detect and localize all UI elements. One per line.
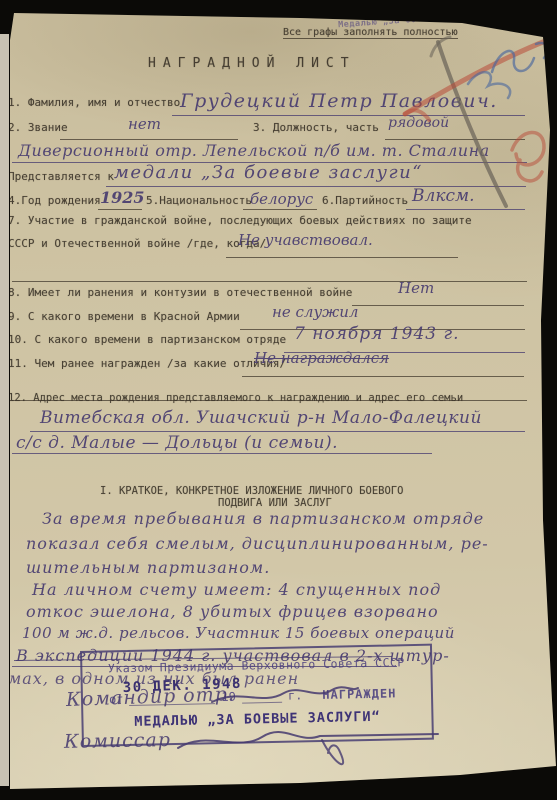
field-7-label-line2: СССР и Отечественной войне /где, когда/ (8, 237, 266, 250)
field-5-label: 5.Национальность (146, 194, 252, 207)
blue-pencil-number (492, 43, 548, 72)
commissar-signature-flourish (322, 740, 343, 764)
merit-heading-line1: I. КРАТКОЕ, КОНКРЕТНОЕ ИЗЛОЖЕНИЕ ЛИЧНОГО… (100, 485, 403, 497)
fill-instruction: Все графы заполнять полностью (283, 27, 458, 39)
field-8-value: Нет (398, 279, 434, 297)
field-7-value: Не учавствовал. (238, 231, 373, 249)
merit-line-5: откос эшелона, 8 убитых фрицев взорвано (26, 602, 439, 621)
field-2-label: 2. Звание (8, 121, 68, 134)
field-9-value: не служил (272, 303, 358, 321)
merit-line-6: 100 м ж.д. рельсов. Участник 15 боевых о… (22, 624, 455, 642)
decree-medal-line: МЕДАЛЬЮ „ЗА БОЕВЫЕ ЗАСЛУГИ“ (83, 708, 431, 731)
decree-stamp-line1: Указом Президиума Верховного Совета СССР (82, 655, 430, 676)
graphite-check-hook (431, 37, 450, 56)
award-sheet-scan: Все графы заполнять полностью Медалью „З… (0, 0, 557, 800)
field-9-label: 9. С какого времени в Красной Армии (8, 310, 240, 323)
field-6-label: 6.Партийность (322, 194, 408, 207)
field-3-label: 3. Должность, часть (253, 121, 379, 134)
field-11-value: Не награждался (254, 349, 389, 367)
field-1-label: 1. Фамилия, имя и отчество (8, 96, 180, 109)
field-12-value-line1: Витебская обл. Ушачский р-н Мало-Фалецки… (40, 408, 482, 428)
field-1-value: Грудецкий Петр Павлович. (180, 90, 498, 112)
merit-line-4: На личном счету имеет: 4 спущенных под (32, 580, 441, 599)
field-12-value-line2: с/с д. Малые — Дольцы (и семьи). (16, 433, 338, 453)
field-11-label: 11. Чем ранее награжден /за какие отличи… (8, 357, 286, 370)
page-title: НАГРАДНОЙ ЛИСТ (148, 56, 356, 71)
merit-line-3: шительным партизаном. (26, 558, 270, 577)
signature-commissar-label: Комиссар (64, 729, 171, 753)
field-6-value: Влксм. (412, 186, 475, 206)
field-5-value: белорус (250, 190, 313, 208)
field-3-unit-line: Диверсионный отр. Лепельской п/б им. т. … (18, 141, 490, 160)
adjacent-page-edge (0, 34, 9, 786)
field-10-value: 7 ноября 1943 г. (294, 324, 460, 344)
decree-awarded-label: НАГРАЖДЕН (322, 686, 396, 702)
field-8-label: 8. Имеет ли ранения и контузии в отечест… (8, 286, 352, 299)
merit-line-1: За время пребывания в партизанском отряд… (42, 509, 484, 528)
field-3-value: рядовой (388, 115, 449, 131)
paper-sheet: Все графы заполнять полностью Медалью „З… (0, 0, 557, 800)
merit-heading-line2: ПОДВИГА ИЛИ ЗАСЛУГ (218, 497, 332, 509)
field-4-value: 1925 (100, 188, 145, 207)
decree-year-suffix: г. (288, 688, 303, 702)
presentation-label: Представляется к (8, 170, 114, 183)
merit-line-2: показал себя смелым, дисциплинированным,… (26, 534, 489, 553)
presentation-value: медали „За боевые заслуги“ (114, 162, 423, 183)
field-7-label-line1: 7. Участие в гражданской войне, последую… (8, 214, 472, 227)
field-12-label: 12. Адрес места рождения представляемого… (8, 392, 463, 404)
field-10-label: 10. С какого времени в партизанском отря… (8, 333, 286, 346)
field-4-label: 4.Год рождения (8, 194, 101, 207)
field-2-value: нет (128, 115, 161, 133)
